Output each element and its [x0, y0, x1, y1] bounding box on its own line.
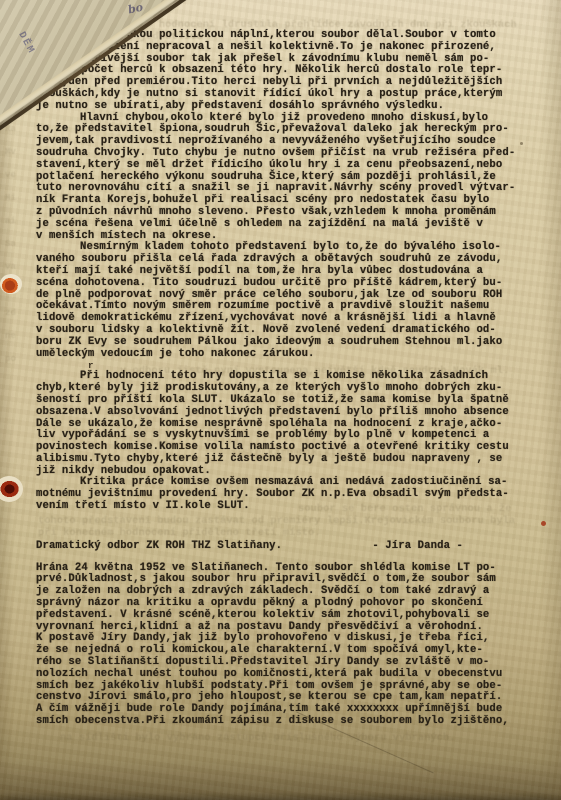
page-text-column: hra s tak hlubokou politickou náplní,kte…: [0, 0, 561, 728]
paragraph-1: hra s tak hlubokou politickou náplní,kte…: [36, 30, 551, 113]
section-heading-row: Dramatický odbor ZK ROH THZ Slatiňany. -…: [36, 541, 551, 553]
paragraph-4: Při hodnocení této hry dopustila se i ko…: [36, 371, 551, 477]
paragraph-3: Nesmírným kladem tohoto představení bylo…: [36, 242, 551, 360]
paragraph-7: Hrána 24 května 1952 ve Slatiňanech. Ten…: [36, 563, 551, 728]
paragraph-2: Hlavní chybou,okolo které bylo již prove…: [36, 113, 551, 243]
paragraph-5: Kritika práce komise ovšem nesmazává ani…: [36, 477, 551, 512]
ghost-text-bottom: na sídlišti bylo vybráno zástupců příslu…: [60, 733, 520, 745]
scanned-typewritten-page: hra s tak hlubokou politickou náplní,kte…: [0, 0, 561, 800]
correction-mark: r: [88, 361, 93, 371]
section-heading: Dramatický odbor ZK ROH THZ Slatiňany.: [36, 541, 282, 553]
author-signature: - Jíra Danda -: [372, 541, 463, 553]
paragraph-4-wrap: r Při hodnocení této hry dopustila se i …: [36, 371, 551, 477]
